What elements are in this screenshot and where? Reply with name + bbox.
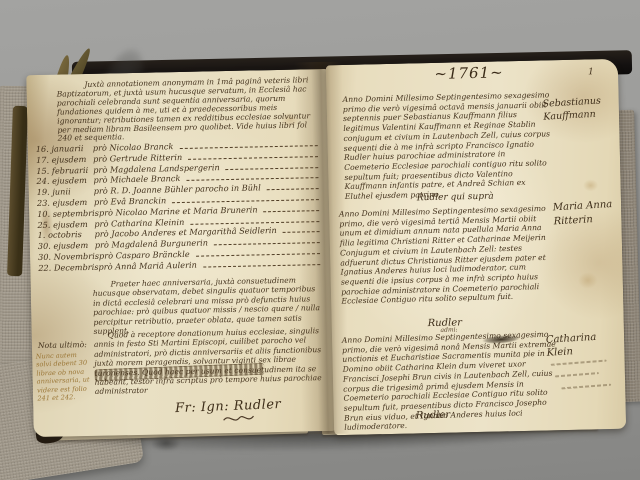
margin-note-30-librae: Nunc autem solvi debent 30 librae ob nov…: [36, 350, 93, 403]
margin-name-sebastianus-kauffmann: Sebastianus Kauffmann: [542, 93, 619, 123]
anniversary-date: 23. ejusdem: [37, 197, 94, 208]
burial-entry-body: Anno Domini Millesimo Septingentesimo se…: [343, 90, 553, 201]
dash-leader: [186, 178, 318, 182]
anniversary-name: prò Evâ Branckin: [94, 195, 166, 207]
anniversary-date: 30. ejusdem: [38, 240, 95, 251]
page-number: 1: [588, 67, 594, 77]
manuscript-photo-scene: Juxtà annotationem anonymam in 1mâ pagin…: [0, 0, 640, 480]
corner-shadow: [146, 432, 186, 454]
anniversary-date: 15. februarii: [36, 164, 93, 175]
anniversary-name: prò Nicolao Branck: [93, 141, 174, 153]
anniversary-date: 1. octobris: [37, 229, 94, 240]
anniversary-date: 10. septembris: [37, 208, 99, 219]
administrator-signature: Fr: Ign: Rudler: [175, 397, 282, 428]
dash-leader: [190, 221, 319, 225]
intro-paragraph: Juxtà annotationem anonymam in 1mâ pagin…: [56, 76, 321, 144]
burial-entry-body: Anno Domini Millesimo Septingentesimo se…: [342, 329, 562, 432]
burial-entry-body: Anno Domini Millesimo Septingentesimo se…: [339, 204, 554, 307]
anniversary-date: 25. ejusdem: [37, 218, 94, 229]
nota-paragraph: Quod à receptore donationum huius eccles…: [94, 326, 329, 397]
year-heading: ~1761~: [394, 62, 544, 83]
faded-pencil-note: [561, 384, 611, 390]
signature-text: Fr: Ign: Rudler: [175, 397, 282, 416]
dash-leader: [283, 231, 320, 233]
foxing-stain: [580, 177, 600, 193]
anniversary-date: 19. junii: [37, 186, 94, 197]
anniversary-date: 30. Novembris: [38, 251, 99, 262]
left-page: Juxtà annotationem anonymam in 1mâ pagin…: [26, 69, 338, 437]
anniversary-name: prò Michaele Branck: [93, 173, 180, 185]
margin-name-catharina-klein: Catharina Klein: [546, 329, 625, 359]
anniversary-date: 24. ejusdem: [36, 175, 93, 186]
margin-name-maria-anna-ritterin: Maria Anna Ritterin: [553, 198, 622, 230]
nota-ultimo-label: Nota ultimò:: [38, 340, 87, 350]
anniversary-date: 22. Decembris: [38, 262, 98, 273]
dash-leader: [196, 253, 320, 257]
faded-pencil-note: [555, 372, 599, 377]
entry-signoff: Rudler: [416, 410, 451, 422]
dash-leader: [267, 188, 319, 190]
anniversary-name: prò Annâ Mariâ Aulerin: [98, 259, 197, 271]
dash-leader: [264, 210, 320, 212]
anniversary-date: 17. ejusdem: [36, 154, 93, 165]
dash-leader: [188, 156, 318, 160]
dash-leader: [226, 167, 319, 170]
right-page: ~1761~ 1 Anno Domini Millesimo Septingen…: [326, 59, 626, 436]
dash-leader: [203, 264, 320, 267]
anniversary-list: 16. januariiprò Nicolao Branck 17. ejusd…: [36, 138, 325, 274]
entry-signoff: Rudler qui suprà: [417, 192, 494, 204]
foxing-stain: [575, 269, 601, 292]
dash-leader: [214, 242, 320, 245]
anniversary-date: 16. januarii: [36, 143, 93, 154]
